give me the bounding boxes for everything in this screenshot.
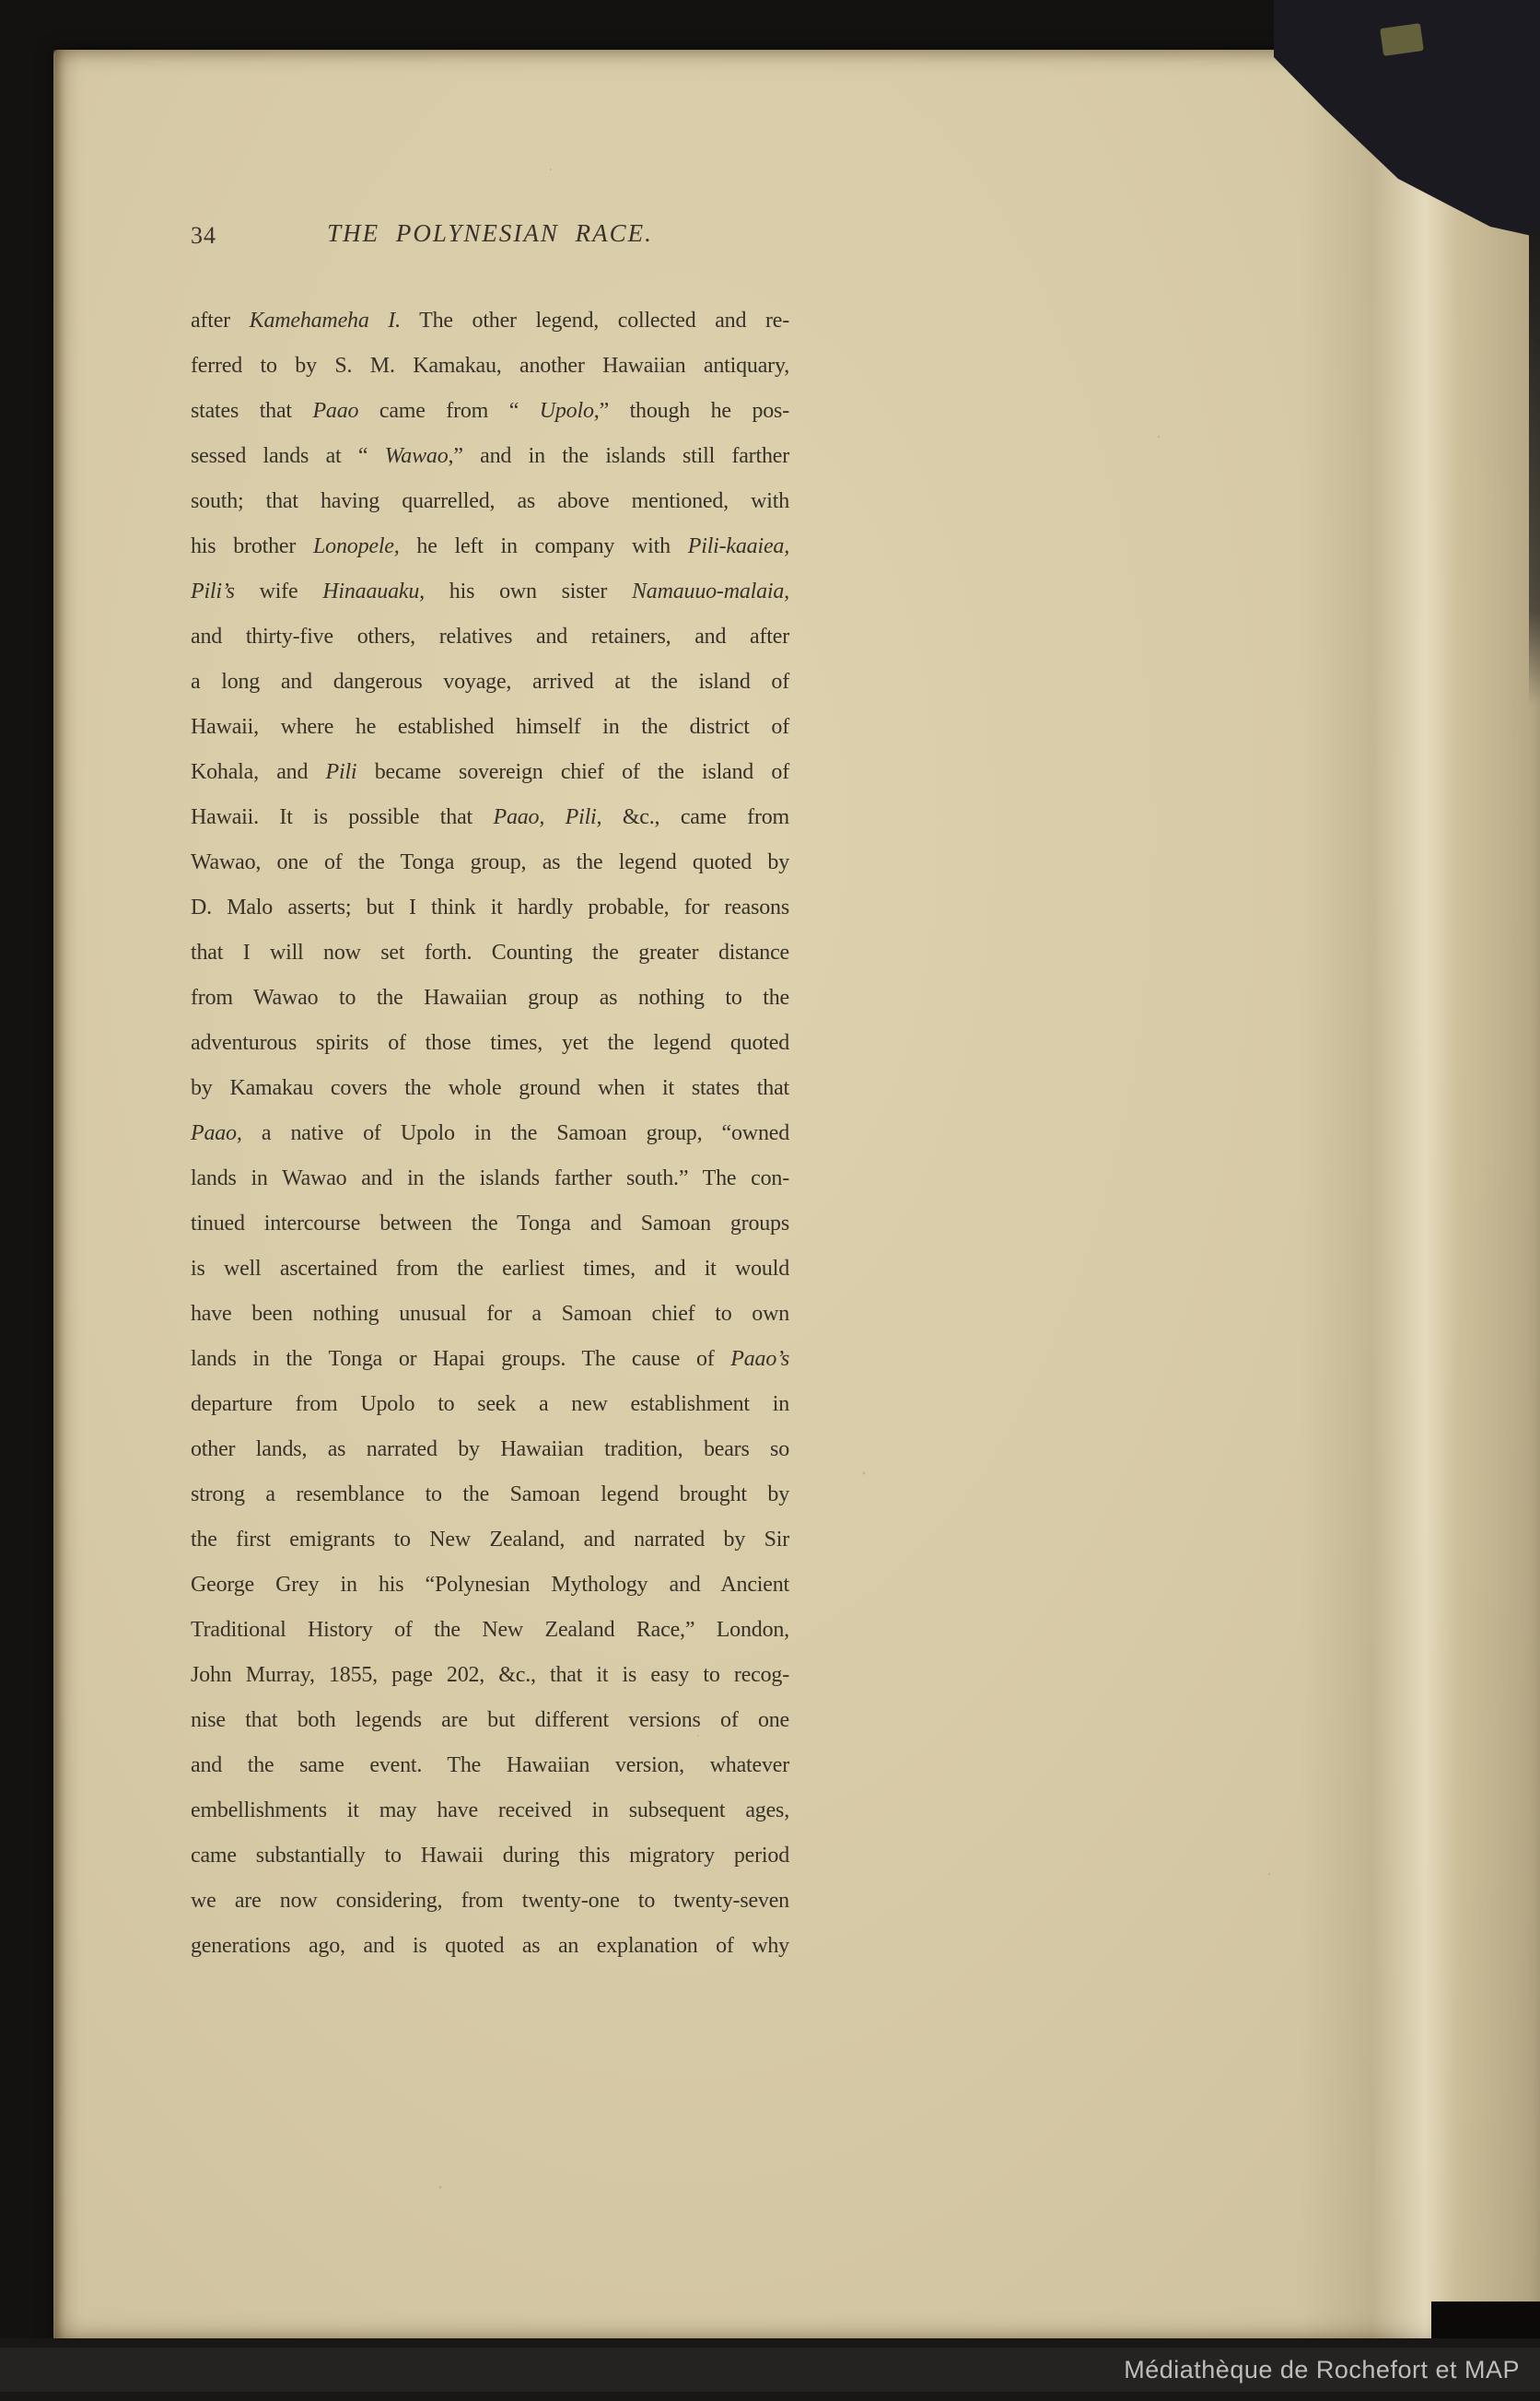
text-line: strong a resemblance to the Samoan legen… [191, 1472, 789, 1517]
watermark-band: Médiathèque de Rochefort et MAP [0, 2348, 1540, 2392]
text-line: generations ago, and is quoted as an exp… [191, 1924, 789, 1969]
text-line: and thirty-five others, relatives and re… [191, 615, 789, 660]
text-line: and the same event. The Hawaiian version… [191, 1743, 789, 1788]
body-text: after Kamehameha I. The other legend, co… [191, 299, 789, 1969]
text-line: D. Malo asserts; but I think it hardly p… [191, 885, 789, 931]
text-line: other lands, as narrated by Hawaiian tra… [191, 1427, 789, 1472]
text-line: John Murray, 1855, page 202, &c., that i… [191, 1653, 789, 1698]
running-title: THE POLYNESIAN RACE. [191, 219, 789, 248]
scan-background: 34 THE POLYNESIAN RACE. after Kamehameha… [0, 0, 1540, 2401]
text-line: adventurous spirits of those times, yet … [191, 1021, 789, 1066]
text-line: that I will now set forth. Counting the … [191, 931, 789, 976]
text-line: a long and dangerous voyage, arrived at … [191, 660, 789, 705]
text-line: embellishments it may have received in s… [191, 1788, 789, 1833]
text-line: his brother Lonopele, he left in company… [191, 524, 789, 569]
text-line: George Grey in his “Polynesian Mythology… [191, 1563, 789, 1608]
text-line: Paao, a native of Upolo in the Samoan gr… [191, 1111, 789, 1156]
text-line: Hawaii. It is possible that Paao, Pili, … [191, 795, 789, 840]
text-line: Pili’s wife Hinaauaku, his own sister Na… [191, 569, 789, 615]
text-line: have been nothing unusual for a Samoan c… [191, 1292, 789, 1337]
text-line: from Wawao to the Hawaiian group as noth… [191, 976, 789, 1021]
text-line: the first emigrants to New Zealand, and … [191, 1517, 789, 1563]
binding-cloth-notch [1380, 23, 1424, 56]
scan-bottom-bar: Médiathèque de Rochefort et MAP [0, 2338, 1540, 2401]
scan-right-edge-shadow [1529, 230, 1540, 705]
text-line: south; that having quarrelled, as above … [191, 479, 789, 524]
text-line: Wawao, one of the Tonga group, as the le… [191, 840, 789, 885]
text-line: ferred to by S. M. Kamakau, another Hawa… [191, 344, 789, 389]
text-line: lands in Wawao and in the islands farthe… [191, 1156, 789, 1201]
text-line: Kohala, and Pili became sovereign chief … [191, 750, 789, 795]
text-line: sessed lands at “ Wawao,” and in the isl… [191, 434, 789, 479]
text-line: after Kamehameha I. The other legend, co… [191, 299, 789, 344]
text-line: Hawaii, where he established himself in … [191, 705, 789, 750]
watermark-text: Médiathèque de Rochefort et MAP [1124, 2356, 1520, 2384]
text-line: nise that both legends are but different… [191, 1698, 789, 1743]
text-line: we are now considering, from twenty-one … [191, 1879, 789, 1924]
text-line: states that Paao came from “ Upolo,” tho… [191, 389, 789, 434]
text-line: lands in the Tonga or Hapai groups. The … [191, 1337, 789, 1382]
text-line: by Kamakau covers the whole ground when … [191, 1066, 789, 1111]
text-line: departure from Upolo to seek a new estab… [191, 1382, 789, 1427]
text-line: came substantially to Hawaii during this… [191, 1833, 789, 1879]
page-header: 34 THE POLYNESIAN RACE. [191, 219, 789, 256]
text-line: tinued intercourse between the Tonga and… [191, 1201, 789, 1247]
text-line: is well ascertained from the earliest ti… [191, 1247, 789, 1292]
text-line: Traditional History of the New Zealand R… [191, 1608, 789, 1653]
